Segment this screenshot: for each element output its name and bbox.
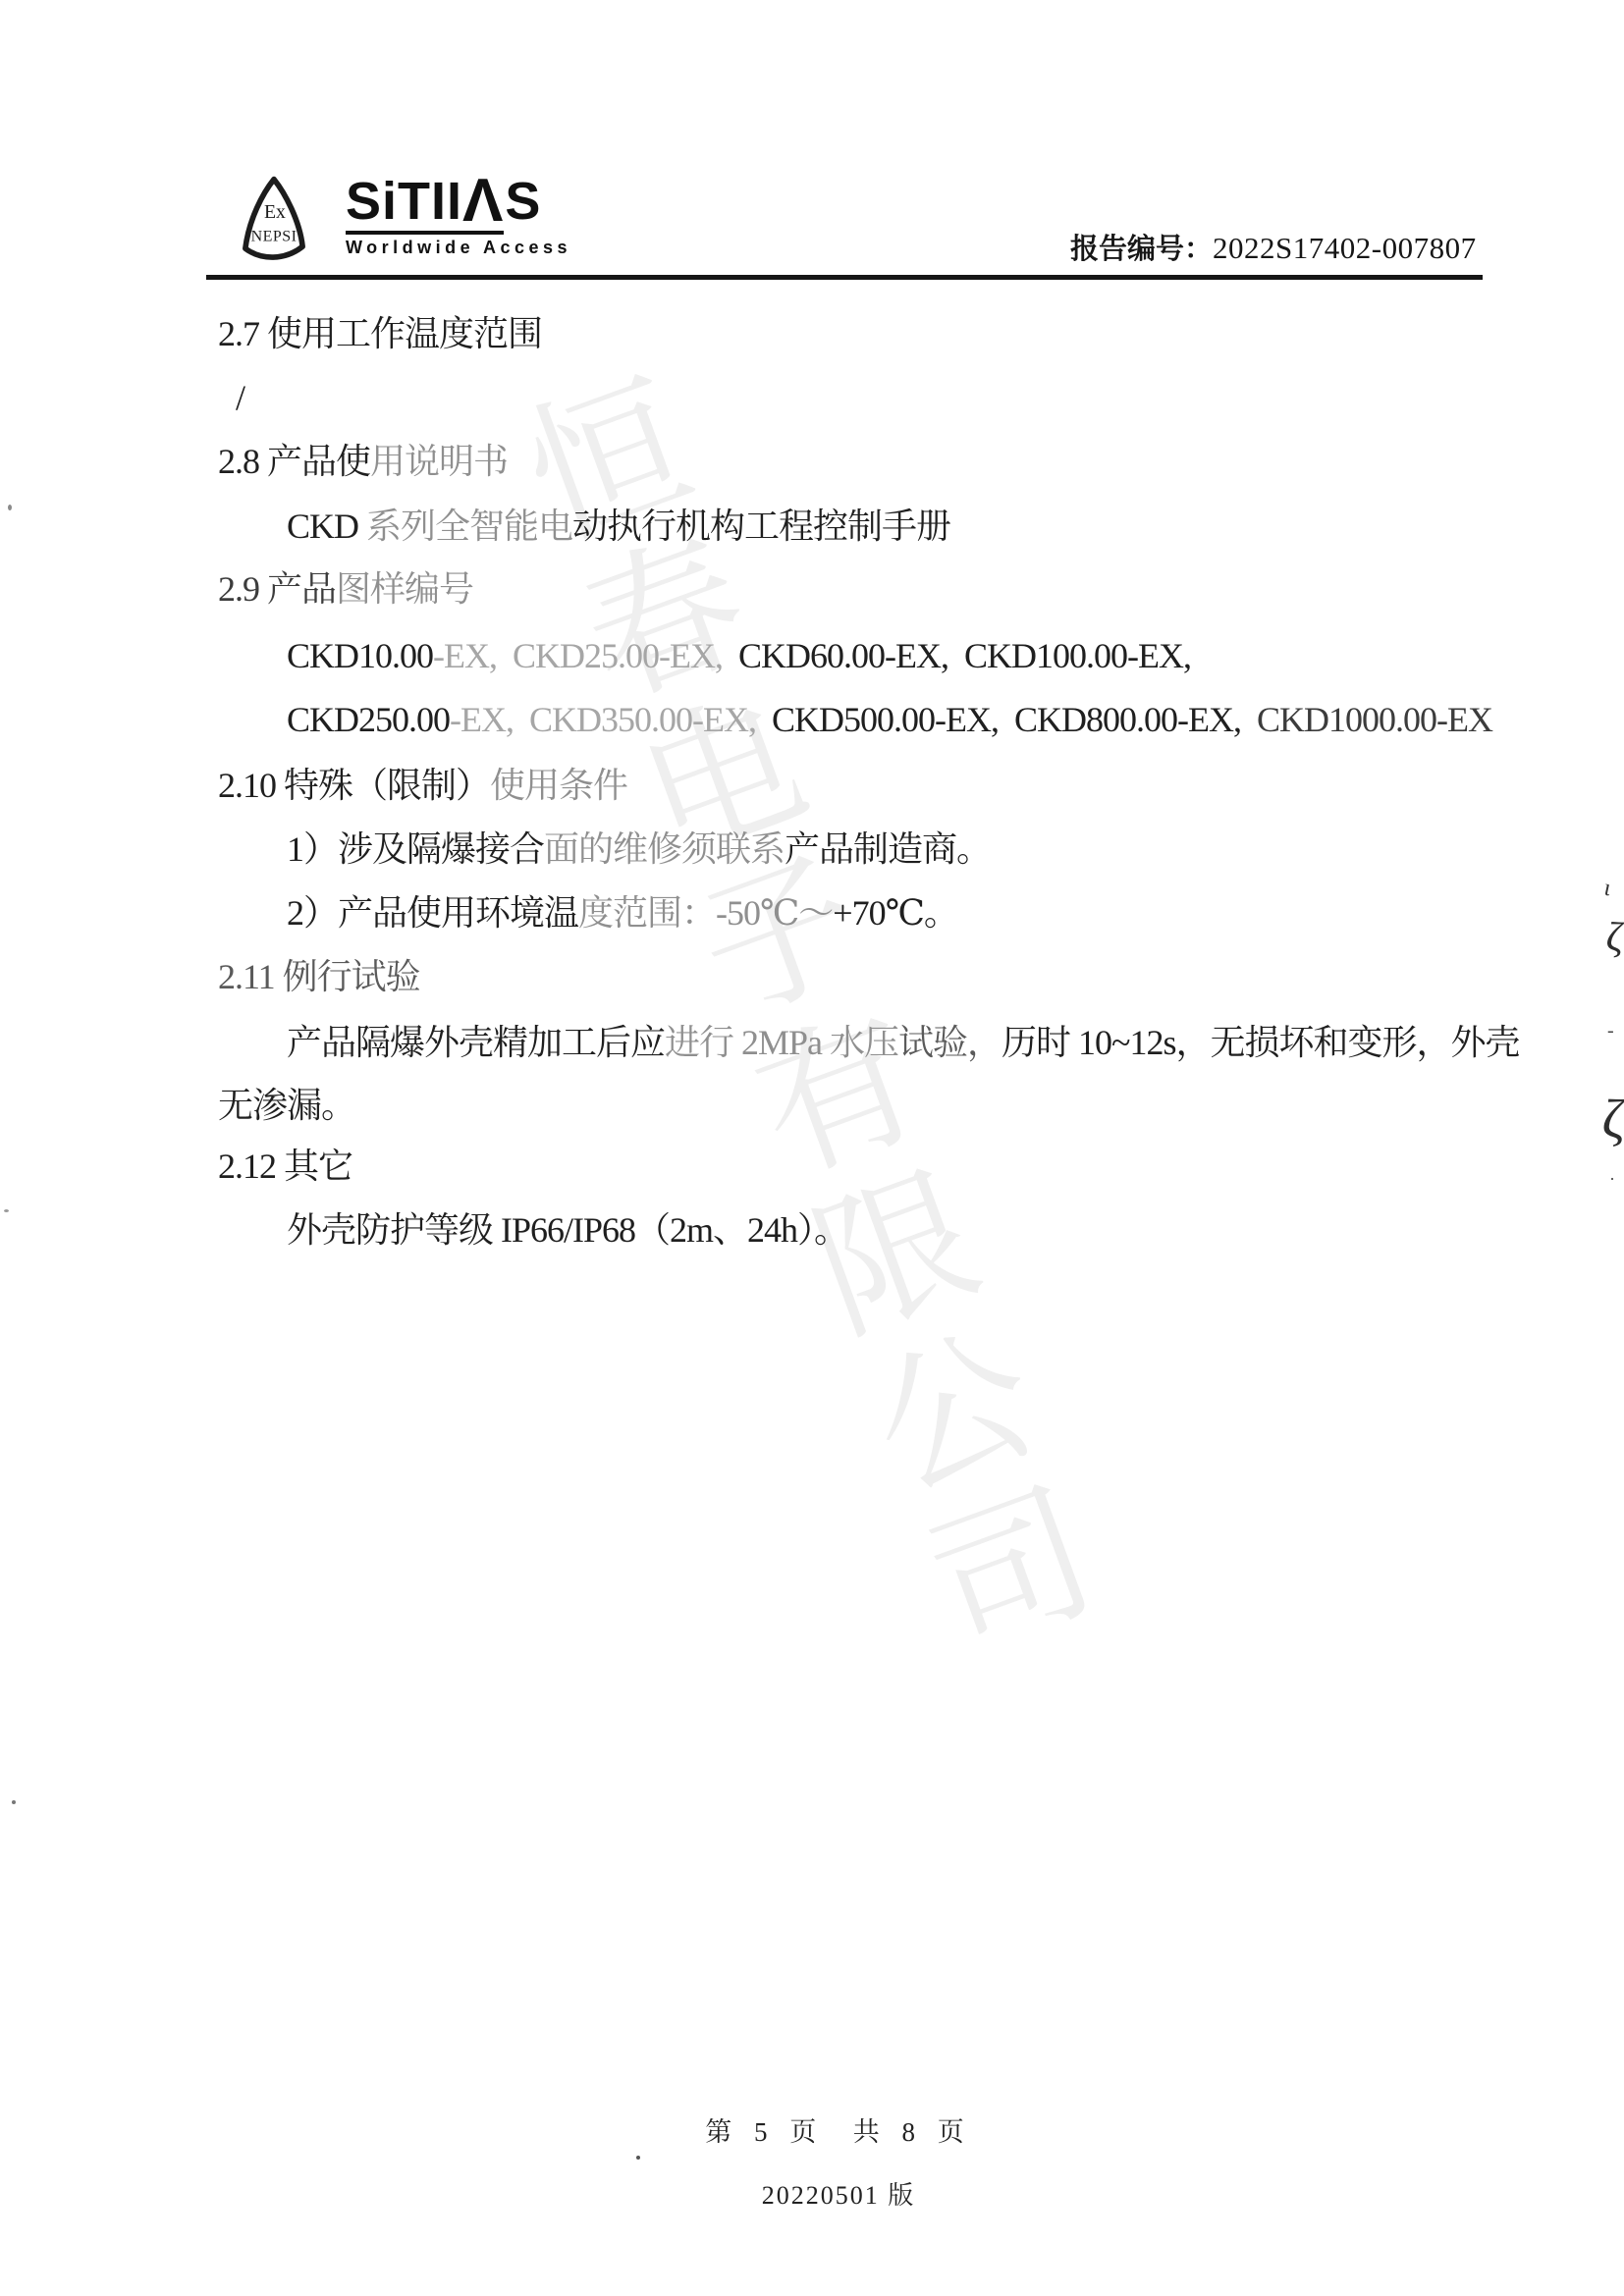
body-line-condition-1: 1）涉及隔爆接合面的维修须联系产品制造商。	[287, 830, 991, 869]
brand-letter-a: Λ	[462, 167, 504, 235]
scan-speck	[12, 1800, 16, 1804]
body-text: 2）产品使用环境温	[287, 893, 578, 933]
scan-speck	[4, 1209, 9, 1212]
body-line-condition-2: 2）产品使用环境温度范围：-50℃～+70℃。	[287, 894, 958, 933]
body-text: CKD350.00-EX,	[529, 700, 772, 739]
scan-artifact: ζ	[1599, 1091, 1624, 1148]
body-text: 历时 10~12s，无损坏和变形，外壳	[1001, 1023, 1520, 1062]
body-text: 2.10 特殊（限制）	[218, 766, 490, 805]
body-text: 1）涉及隔爆接合	[287, 829, 544, 869]
brand-letter-s: S	[505, 175, 540, 228]
brand-letters: SiTII	[346, 172, 462, 231]
body-text: 使用条件	[490, 766, 627, 805]
body-text: CKD	[287, 507, 366, 546]
header-rule	[206, 275, 1483, 280]
body-text: CKD800.00-EX,	[1014, 700, 1257, 739]
body-line-2-10: 2.10 特殊（限制）使用条件	[218, 767, 627, 805]
body-text: 动执行机构工程控制手册	[572, 507, 950, 546]
body-text: -EX,	[450, 700, 529, 739]
body-text: 2.7 使用工作温度范围	[218, 314, 542, 353]
scan-artifact: ι	[1602, 877, 1613, 901]
body-line-2-8: 2.8 产品使用说明书	[218, 443, 508, 481]
body-text: 系列全智能电	[366, 507, 572, 546]
body-text: CKD10.00	[287, 636, 433, 675]
body-line-model-list-2: CKD250.00-EX, CKD350.00-EX, CKD500.00-EX…	[287, 701, 1492, 739]
logo-nepsi-label: NEPSI	[251, 229, 298, 245]
body-line-model-list-1: CKD10.00-EX, CKD25.00-EX, CKD60.00-EX, C…	[287, 637, 1191, 675]
body-text: 2.11 例行试验	[218, 957, 420, 996]
brand-wordmark: SiTIIΛS Worldwide Access	[346, 175, 571, 258]
body-text: CKD250.00	[287, 700, 450, 739]
scan-speck	[8, 505, 12, 510]
scan-speck	[636, 2156, 640, 2160]
body-line-2-11: 2.11 例行试验	[218, 958, 420, 996]
body-text: -EX,	[433, 636, 513, 675]
body-text: +70℃。	[833, 893, 958, 933]
body-text: 度范围：-50℃～	[578, 893, 833, 933]
body-line-ckd-manual: CKD 系列全智能电动执行机构工程控制手册	[287, 507, 950, 546]
body-text: CKD500.00-EX,	[772, 700, 1014, 739]
body-text: 无渗漏。	[218, 1086, 355, 1125]
body-text: 进行 2MPa 水压	[665, 1023, 898, 1062]
report-number-line: 报告编号：2022S17402-007807	[1070, 227, 1477, 267]
body-text: 用说明书	[370, 442, 508, 481]
brand-wordmark-main: SiTIIΛ	[346, 175, 504, 235]
document-page: 恒春电子有限公司 Ex NEPSI SiTIIΛS Worldwide Acce…	[0, 0, 1624, 2296]
body-text: CKD1000.00-EX	[1257, 700, 1492, 739]
body-text: CKD25.00-EX,	[513, 636, 738, 675]
body-text: 2.9 产品	[218, 569, 336, 609]
body-line-no-leak: 无渗漏。	[218, 1087, 355, 1125]
body-text: 外壳防护等级 IP66/IP68（2m、24h）。	[287, 1210, 848, 1250]
body-text: 2.12 其它	[218, 1147, 352, 1186]
body-text: CKD100.00-EX,	[964, 636, 1191, 675]
report-number-label: 报告编号：	[1070, 234, 1213, 265]
body-text: 面的维修须联系	[544, 829, 785, 869]
logo-ex-label: Ex	[264, 201, 286, 223]
body-text: 2.8 产品使	[218, 442, 370, 481]
body-line-2-7: 2.7 使用工作温度范围	[218, 315, 542, 353]
scan-artifact: ·	[1609, 1170, 1615, 1188]
scan-artifact: -	[1607, 1021, 1614, 1041]
nepsi-triangle-icon: Ex NEPSI	[226, 173, 322, 265]
brand-tagline: Worldwide Access	[346, 238, 571, 258]
body-line-routine-test: 产品隔爆外壳精加工后应进行 2MPa 水压试验，历时 10~12s，无损坏和变形…	[287, 1024, 1520, 1062]
body-text: /	[236, 378, 244, 417]
body-text: 产品制造商。	[785, 829, 991, 869]
report-number-value: 2022S17402-007807	[1213, 231, 1477, 265]
body-line-slash: /	[236, 379, 244, 417]
footer-page-info: 第 5 页 共 8 页	[0, 2110, 1624, 2149]
body-text: 试验，	[898, 1023, 1001, 1062]
body-text: 产品隔爆外壳精加工后应	[287, 1023, 665, 1062]
body-line-2-9: 2.9 产品图样编号	[218, 570, 473, 609]
footer-version: 20220501 版	[0, 2175, 1624, 2212]
body-text: CKD60.00-EX,	[738, 636, 964, 675]
body-line-2-12: 2.12 其它	[218, 1148, 352, 1186]
scan-artifact: ζ	[1603, 916, 1624, 959]
body-line-ip-rating: 外壳防护等级 IP66/IP68（2m、24h）。	[287, 1211, 848, 1250]
body-text: 图样编号	[336, 569, 473, 609]
